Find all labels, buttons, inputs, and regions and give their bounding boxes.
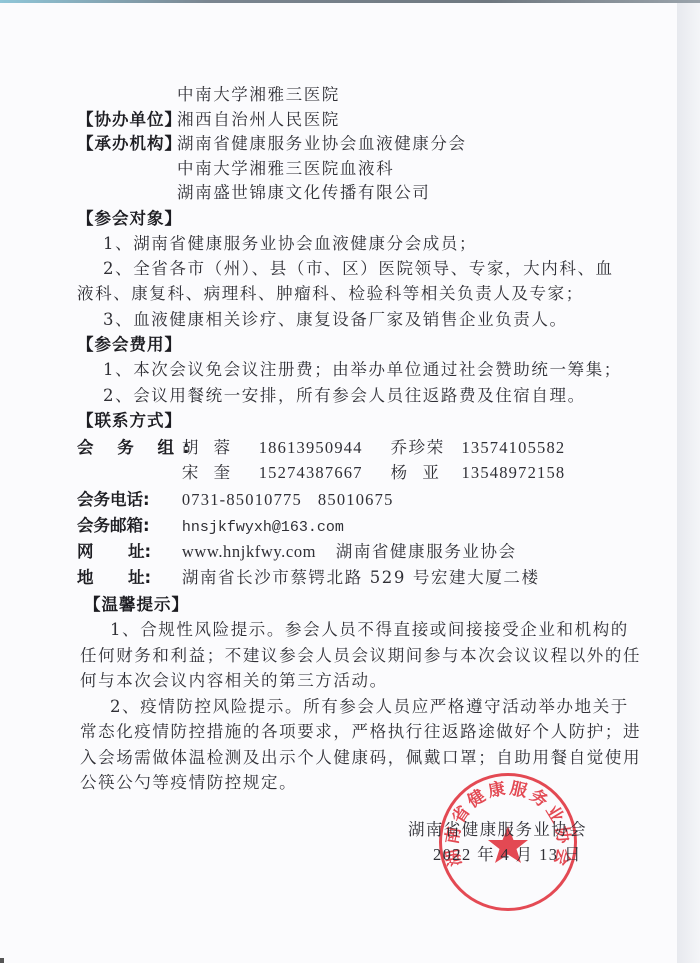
undertaker-value-3: 湖南盛世锦康文化传播有限公司: [177, 182, 430, 204]
contact-phone-value: 0731-85010775 85010675: [182, 490, 394, 509]
contact-address-label: 地 址:: [77, 567, 175, 589]
contact-group-label: 会 务 组:: [77, 437, 175, 459]
page-edge-shadow: [677, 3, 700, 963]
tips-line-3: 何与本次会议内容相关的第三方活动。: [80, 670, 388, 692]
contact-website-url[interactable]: www.hnjkfwy.com: [182, 541, 329, 563]
contact-website-row: 网 址: www.hnjkfwy.com 湖南省健康服务业协会: [77, 541, 517, 563]
tips-heading: 【温馨提示】: [84, 594, 189, 616]
co-organizer-label: 【协办单位】: [77, 109, 182, 131]
contact-website-name: 湖南省健康服务业协会: [336, 542, 517, 561]
tips-line-6: 入会场需做体温检测及出示个人健康码，佩戴口罩；自助用餐自觉使用: [80, 747, 641, 769]
contact-address-row: 地 址: 湖南省长沙市蔡锷北路 529 号宏建大厦二楼: [77, 567, 540, 589]
contact-email-row: 会务邮箱: hnsjkfwyxh@163.com: [77, 515, 344, 539]
contact-person-phone: 13574105582: [461, 438, 565, 457]
contact-phone-row: 会务电话: 0731-85010775 85010675: [77, 489, 394, 511]
organizer-continued: 中南大学湘雅三医院: [177, 84, 340, 106]
participants-heading: 【参会对象】: [77, 208, 182, 230]
contact-person-phone: 18613950944: [259, 437, 384, 459]
contact-phone-label: 会务电话:: [77, 489, 175, 511]
contact-group-row-2: 宋 奎 15274387667 杨 亚 13548972158: [77, 462, 565, 484]
contact-email-label: 会务邮箱:: [77, 515, 175, 537]
undertaker-value-2: 中南大学湘雅三医院血液科: [177, 158, 394, 180]
scan-corner-mark: [0, 958, 4, 963]
undertaker-value-1: 湖南省健康服务业协会血液健康分会: [177, 133, 467, 155]
co-organizer-value: 湘西自治州人民医院: [177, 109, 340, 131]
participants-item-2-cont: 液科、康复科、病理科、肿瘤科、检验科等相关负责人及专家；: [77, 283, 584, 305]
tips-line-5: 常态化疫情防控措施的各项要求，严格执行往返路途做好个人防护；进: [80, 721, 641, 743]
signature-date: 2022 年 4 月 13 日: [433, 841, 582, 865]
contact-email-value[interactable]: hnsjkfwyxh@163.com: [182, 519, 344, 536]
contact-person-phone: 13548972158: [461, 463, 565, 482]
undertaker-label: 【承办机构】: [77, 133, 182, 155]
contact-group-row-1: 会 务 组: 胡 蓉 18613950944 乔珍荣 13574105582: [77, 437, 565, 459]
tips-line-7: 公筷公勺等疫情防控规定。: [80, 772, 297, 794]
participants-item-3: 3、血液健康相关诊疗、康复设备厂家及销售企业负责人。: [103, 309, 568, 331]
contact-heading: 【联系方式】: [77, 410, 182, 432]
participants-item-2: 2、全省各市（州）、县（市、区）医院领导、专家，大内科、血: [103, 258, 614, 280]
contact-person-name: 乔珍荣: [391, 437, 455, 459]
tips-line-2: 任何财务和利益；不建议参会人员会议期间参与本次会议议程以外的任: [80, 645, 641, 667]
participants-item-1: 1、湖南省健康服务业协会血液健康分会成员；: [103, 233, 477, 255]
signature-organization: 湖南省健康服务业协会: [408, 816, 587, 840]
contact-person-name: 杨 亚: [391, 462, 455, 484]
contact-person-name: 宋 奎: [182, 462, 252, 484]
contact-address-value: 湖南省长沙市蔡锷北路 529 号宏建大厦二楼: [182, 568, 540, 587]
contact-person-name: 胡 蓉: [182, 437, 252, 459]
fees-heading: 【参会费用】: [77, 334, 182, 356]
tips-line-4: 2、疫情防控风险提示。所有参会人员应严格遵守活动举办地关于: [110, 696, 629, 718]
fees-item-1: 1、本次会议免会议注册费；由举办单位通过社会赞助统一筹集；: [103, 359, 622, 381]
tips-line-1: 1、合规性风险提示。参会人员不得直接或间接接受企业和机构的: [110, 619, 629, 641]
contact-person-phone: 15274387667: [259, 462, 384, 484]
contact-website-label: 网 址:: [77, 541, 175, 563]
fees-item-2: 2、会议用餐统一安排，所有参会人员往返路费及住宿自理。: [103, 385, 586, 407]
